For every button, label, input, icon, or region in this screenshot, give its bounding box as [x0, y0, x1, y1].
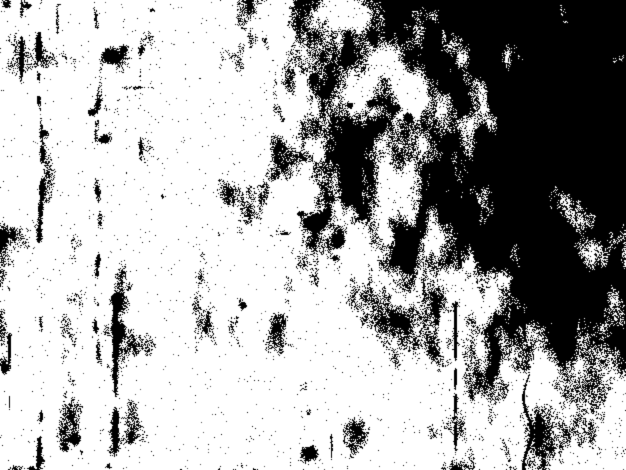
- grunge-texture-stage: [0, 0, 626, 470]
- grunge-texture-image: [0, 0, 626, 470]
